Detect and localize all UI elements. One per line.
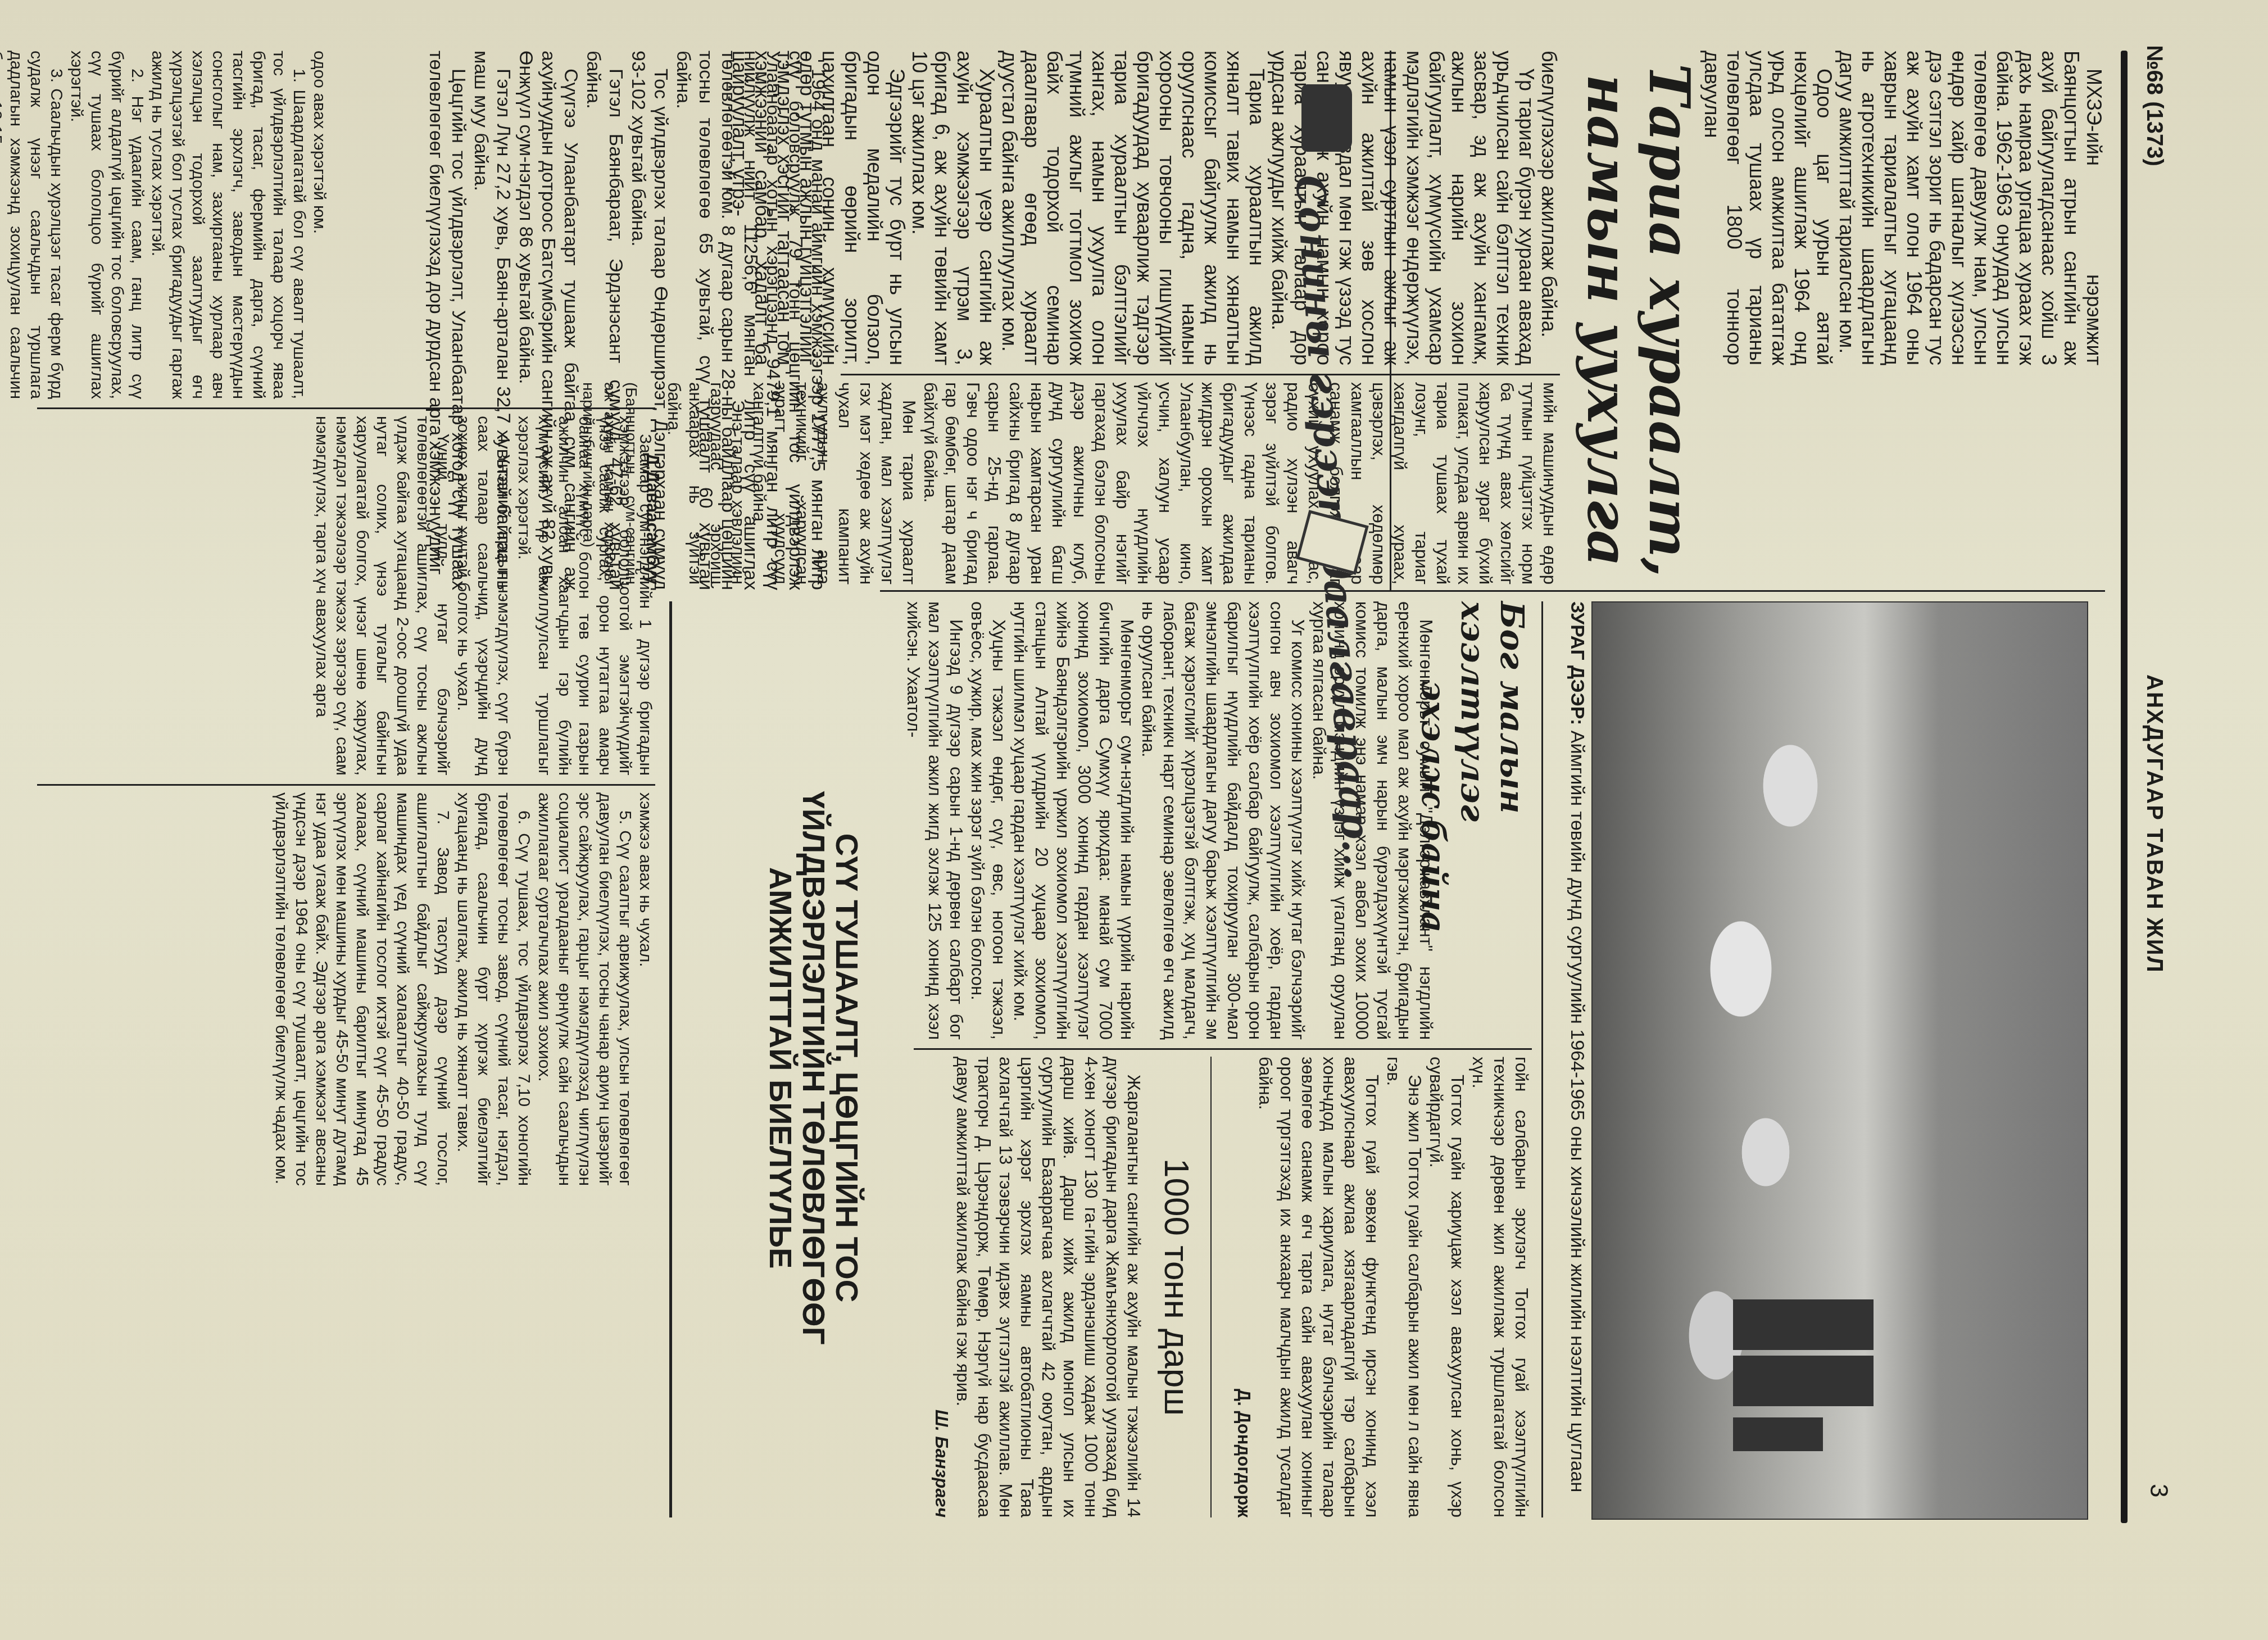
column-rule (841, 374, 1560, 375)
article-darsh-body: Жаргалантын сангийн аж ахуйн малын тэжээ… (931, 1057, 1144, 1517)
section-rule (1210, 1057, 1212, 1517)
article-darsh-title: 1000 тонн дарш (1158, 1057, 1195, 1517)
school-assembly-photo (1591, 601, 2088, 1520)
article-taria-col1: биелүүлэхээр ажиллаж байна. Үр тариаг бү… (728, 51, 1560, 365)
briefcase-icon (1301, 84, 1352, 152)
top-left-article: МХЗЭ-ийн нэрэмжит Баянцогтын атрын санги… (1700, 51, 2105, 365)
section-rule (1390, 51, 1391, 590)
newspaper-page: №68 (1373) АНХДУГААР ТАВАН ЖИЛ 3 МХЗЭ-ий… (0, 0, 2268, 1640)
column-rule (880, 590, 2105, 592)
rubric-banner: Сонины гэрээт даалгавраар... (1273, 79, 1380, 585)
section-rule (669, 601, 672, 1517)
article-darsh-author: Ш. Банзрагч (931, 1057, 952, 1517)
article-suu-title: СҮҮ ТУШААЛТ, ЦӨЦГИЙН ТОС ҮЙЛДВЭРЛЭЛТИЙН … (764, 618, 863, 1517)
section-rule (1541, 601, 1543, 1517)
article-bog-col2: гойн салбарын эрхлэгч Тогтох гуай хээлтү… (1233, 1057, 1532, 1517)
article-suu-col4: хэмжээ авах нь чухал. 5. Сүү саалтыг арв… (271, 792, 655, 1186)
page-number: 3 (2144, 1484, 2172, 1497)
column-rule (37, 407, 655, 409)
masthead: АНХДУГААР ТАВАН ЖИЛ (2142, 674, 2167, 973)
article-taria-title: Тариа хураалт, намын уухулга (1577, 51, 1700, 590)
column-rule (37, 784, 655, 786)
issue-number: №68 (1373) (2142, 45, 2167, 166)
article-suu-col3: Заамар сум-нэгдлийн 1 дүгээр бригадын хэ… (311, 416, 655, 776)
notepad-icon (1296, 510, 1369, 574)
article-suu-col2: одоо авах хэрэгтэй юм. 1. Шаардлагатай б… (0, 51, 329, 399)
column-rule (914, 1048, 1532, 1050)
photo-caption: ЗУРАГ ДЭЭР: Аймгийн төвийн дунд сургуули… (1566, 601, 1588, 1517)
article-bog-author: Д. Дондогдорж (1233, 1057, 1254, 1517)
header-rule (2121, 51, 2128, 1523)
